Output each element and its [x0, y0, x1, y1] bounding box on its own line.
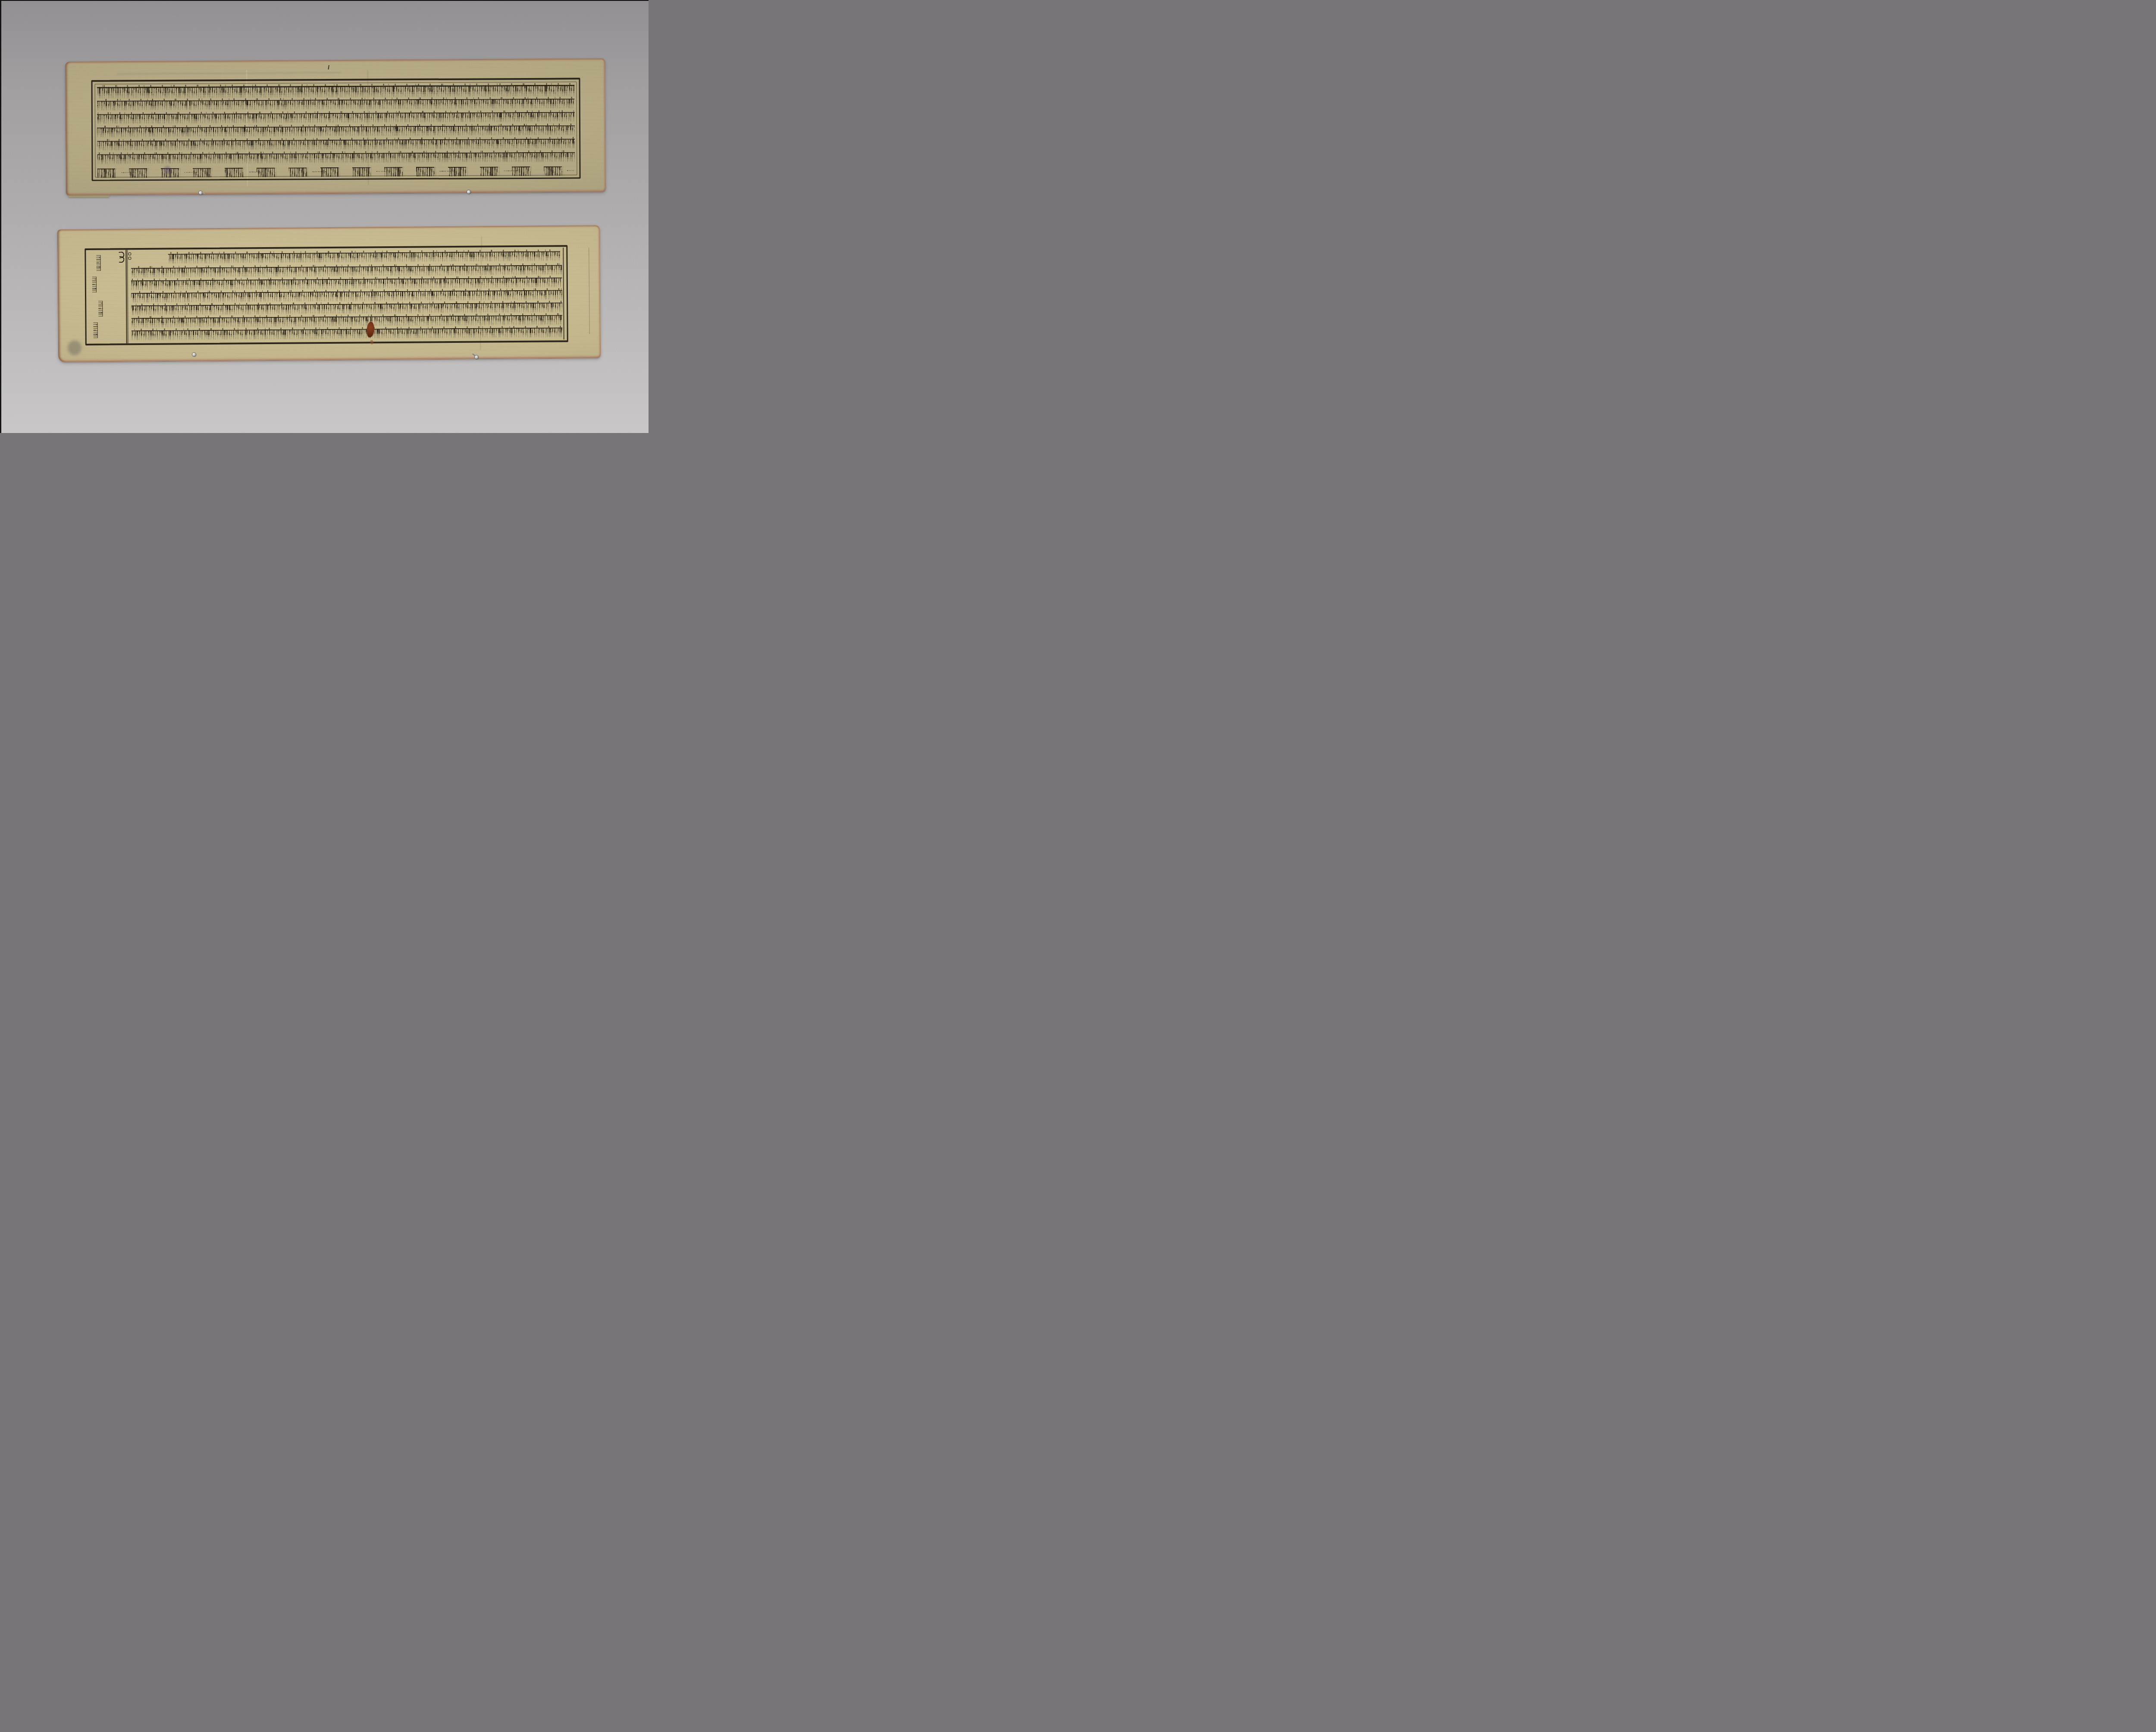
text-run: བ་བཅུས། །དབལ་གསས་རྔམ་པ་མཆོག་གི་དཀྱིལ་དུ།…	[97, 112, 575, 120]
text-run: དང་། ཚུར་ཅི་གསུངས་པ་ར་རྩུབ་ཏེ་མ་ཉམ་བར་འཛ…	[131, 290, 562, 299]
text-run: ཉེར	[93, 323, 97, 338]
text-run: ཕྱི	[96, 255, 100, 271]
text-run: སྨིན་མཚམས་ལས་ཡིན། དང་སོར་ནབས་པ་དང་དམིགས་…	[131, 277, 562, 287]
text-run: ཞུས	[98, 301, 103, 317]
margin-label: ལྔ	[92, 277, 97, 292]
frame-right-inner-line	[563, 248, 564, 339]
photograph: ཀྱེ་ཕོ་ཧོ། །བསྐྱེད་པའི་ཆོས་ཉིད་དུ་བཞུགས་…	[0, 0, 649, 433]
text-line: ཀྱེ་ཕོ་ཧོ། །བསྐྱེད་པའི་ཆོས་ཉིད་དུ་བཞུགས་…	[97, 85, 575, 94]
folio-top: ཀྱེ་ཕོ་ཧོ། །བསྐྱེད་པའི་ཆོས་ཉིད་དུ་བཞུགས་…	[65, 58, 606, 195]
pin	[467, 190, 470, 194]
text-line: དངོས་གྲུབ་འབད་མེད་དུ་སྩོལ། །ཞི་ཁྲོ་རབ་འབ…	[97, 138, 575, 147]
pin	[199, 191, 202, 195]
faint-smear	[117, 72, 341, 75]
text-run: དངོས་གྲུབ་འབད་མེད་དུ་སྩོལ། །ཞི་ཁྲོ་རབ་འབ…	[97, 138, 575, 147]
text-line: དང་། ཚུར་ཅི་གསུངས་པ་ར་རྩུབ་ཏེ་མ་ཉམ་བར་འཛ…	[131, 290, 562, 299]
text-run: ༀ༔	[119, 251, 136, 264]
text-run: ལྔ	[92, 277, 97, 292]
om-head-mark: ༀ༔	[119, 251, 136, 264]
text-run: མདད་ཕག་བའི་སྨྱི་ཚུགས་དང་། ཡོན་ཆར་སོས་སྟོ…	[131, 302, 562, 312]
pin	[475, 355, 478, 359]
margin-label: ཞུས	[98, 301, 103, 317]
text-run: ཀྱེ་ཕོ་ཧོ། །བསྐྱེད་པའི་ཆོས་ཉིད་དུ་བཞུགས་…	[97, 85, 575, 94]
ink-tick	[328, 65, 329, 69]
text-run: དྲེགས་པ་སྡེ་བརྒྱད་ཐམས་ཅད་དམ་ལ་ཐོགས། །ལས་…	[97, 152, 575, 160]
text-line: སྐྱབས། དབུས་དམིག་སྦྲུལ་གས་ཀ་ར་སྨུག་ཕྱོད་…	[131, 265, 562, 274]
text-run: སྐྱབས། དབུས་དམིག་སྦྲུལ་གས་ཀ་ར་སྨུག་ཕྱོད་…	[131, 265, 562, 274]
text-line: མདད་ཕག་བའི་སྨྱི་ཚུགས་དང་། ཡོན་ཆར་སོས་སྟོ…	[131, 302, 562, 312]
gray-smudge	[68, 341, 81, 355]
text-run: རྣམ་སྨིན་རྡུལ་གས། །རྡོ་རྗེ་ཆོས་དབྱིངས་དང…	[97, 98, 575, 107]
text-frame-top: ཀྱེ་ཕོ་ཧོ། །བསྐྱེད་པའི་ཆོས་ཉིད་དུ་བཞུགས་…	[91, 78, 580, 181]
margin-label: ཕྱི	[96, 255, 100, 271]
pin	[192, 353, 196, 356]
text-run: ཡེ་ཤེས་ལྔ་ལྡན་རྩ་བརྒྱུད་བླ་མ། །ཁྲག་འཐུང་…	[97, 125, 575, 134]
text-line: སྨིན་མཚམས་ལས་ཡིན། དང་སོར་ནབས་པ་དང་དམིགས་…	[131, 277, 562, 287]
faint-outer-frame-line	[589, 248, 590, 334]
text-line: ། ཨ་ཧོ་ཧེ། སྒྲུབ་ཚོགས། སོ་ཉུ་གསོ་བདུད་དུ…	[168, 251, 560, 260]
text-run: ས་མ་དང་མེ། བདག་ཤེས་པ་རིམ་སྦྱུར་གན་ཀྱི་ཏ།…	[131, 315, 562, 324]
text-run: ། ཨ་ཧོ་ཧེ། སྒྲུབ་ཚོགས། སོ་ཉུ་གསོ་བདུད་དུ…	[168, 251, 560, 260]
ink-smudge	[163, 166, 171, 174]
text-line: བ་བཅུས། །དབལ་གསས་རྔམ་པ་མཆོག་གི་དཀྱིལ་དུ།…	[97, 112, 575, 120]
photo-edge-top	[0, 0, 649, 1]
photo-edge-left	[0, 0, 1, 433]
text-line: མ་དང་མེད། བདག་ཤེས་པ་ཐིག་སྦྱུར་ན་ཆ་ཏེ་ང་།…	[132, 327, 563, 337]
text-line: ས་མ་དང་མེ། བདག་ཤེས་པ་རིམ་སྦྱུར་གན་ཀྱི་ཏ།…	[131, 315, 562, 324]
margin-label: ཉེར	[93, 323, 97, 338]
folio-bottom: ཕྱི ལྔ ཞུས ཉེར ༀ༔ ། ཨ་ཧོ་ཧེ། སྒྲུབ་ཚོགས།…	[57, 225, 601, 362]
text-line: དྲེགས་པ་སྡེ་བརྒྱད་ཐམས་ཅད་དམ་ལ་ཐོགས། །ལས་…	[97, 152, 575, 160]
text-frame-bottom: ཕྱི ལྔ ཞུས ཉེར ༀ༔ ། ཨ་ཧོ་ཧེ། སྒྲུབ་ཚོགས།…	[85, 245, 568, 345]
text-line: རྣམ་སྨིན་རྡུལ་གས། །རྡོ་རྗེ་ཆོས་དབྱིངས་དང…	[97, 98, 575, 107]
text-line: ཡེ་ཤེས་ལྔ་ལྡན་རྩ་བརྒྱུད་བླ་མ། །ཁྲག་འཐུང་…	[97, 125, 575, 134]
text-run: མ་དང་མེད། བདག་ཤེས་པ་ཐིག་སྦྱུར་ན་ཆ་ཏེ་ང་།…	[132, 327, 563, 337]
